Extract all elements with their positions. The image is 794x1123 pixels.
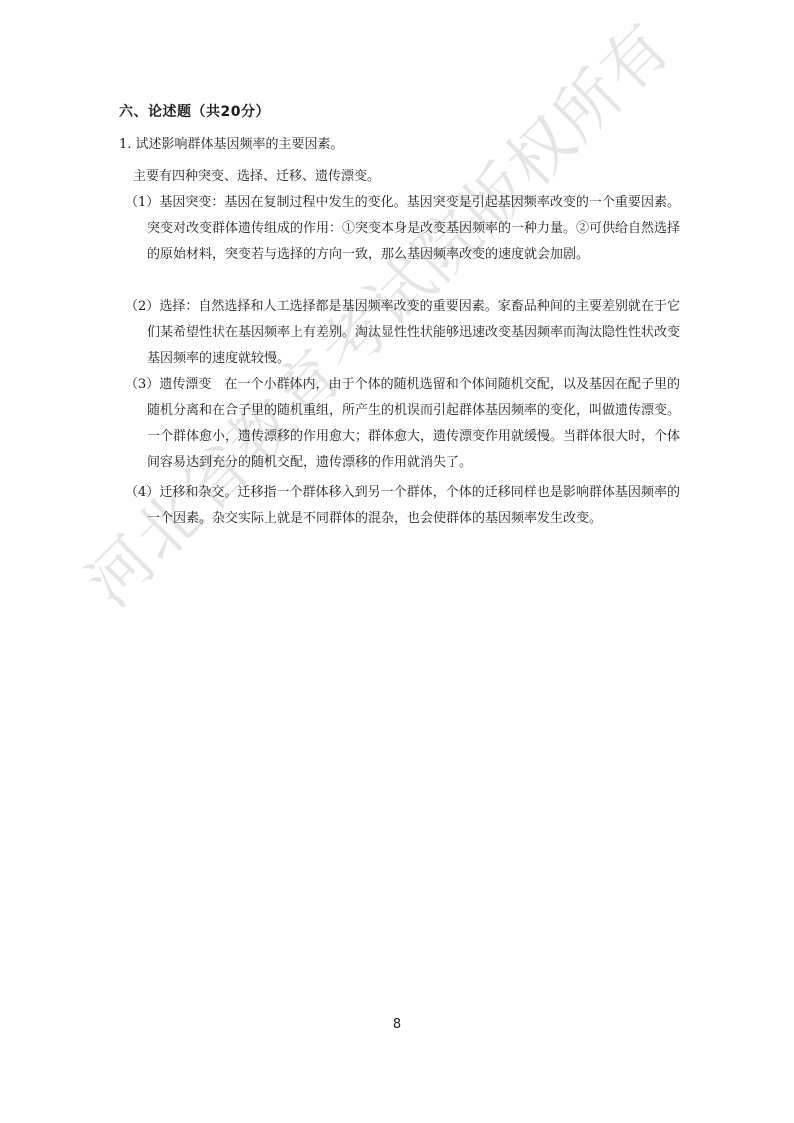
answer-item-4: （4）迁移和杂交。迁移指一个群体移入到另一个群体，个体的迁移同样也是影响群体基因… <box>125 480 680 532</box>
section-title: 六、论述题（共20分） <box>119 101 270 121</box>
item-label: （4） <box>125 485 159 500</box>
document-page: 河北省教育考试院版权所有 六、论述题（共20分） 1. 试述影响群体基因频率的主… <box>0 0 794 1123</box>
item-label: （3） <box>125 377 159 392</box>
question-number: 1. <box>119 137 131 152</box>
answer-item-2: （2）选择：自然选择和人工选择都是基因频率改变的重要因素。家畜品种间的主要差别就… <box>125 294 680 372</box>
question-text: 试述影响群体基因频率的主要因素。 <box>136 137 344 152</box>
item-text: 选择：自然选择和人工选择都是基因频率改变的重要因素。家畜品种间的主要差别就在于它… <box>147 299 680 366</box>
item-label: （2） <box>125 299 159 314</box>
item-text: 基因突变：基因在复制过程中发生的变化。基因突变是引起基因频率改变的一个重要因素。… <box>147 195 680 262</box>
question: 1. 试述影响群体基因频率的主要因素。 <box>119 133 344 152</box>
answer-item-1: （1）基因突变：基因在复制过程中发生的变化。基因突变是引起基因频率改变的一个重要… <box>125 190 680 268</box>
item-label: （1） <box>125 195 159 210</box>
item-text: 迁移和杂交。迁移指一个群体移入到另一个群体，个体的迁移同样也是影响群体基因频率的… <box>147 485 680 526</box>
item-text: 遗传漂变 在一个小群体内，由于个体的随机选留和个体间随机交配，以及基因在配子里的… <box>147 377 680 470</box>
page-number: 8 <box>0 1017 794 1032</box>
answer-intro: 主要有四种突变、选择、迁移、遗传漂变。 <box>133 165 380 184</box>
answer-item-3: （3）遗传漂变 在一个小群体内，由于个体的随机选留和个体间随机交配，以及基因在配… <box>125 372 680 476</box>
